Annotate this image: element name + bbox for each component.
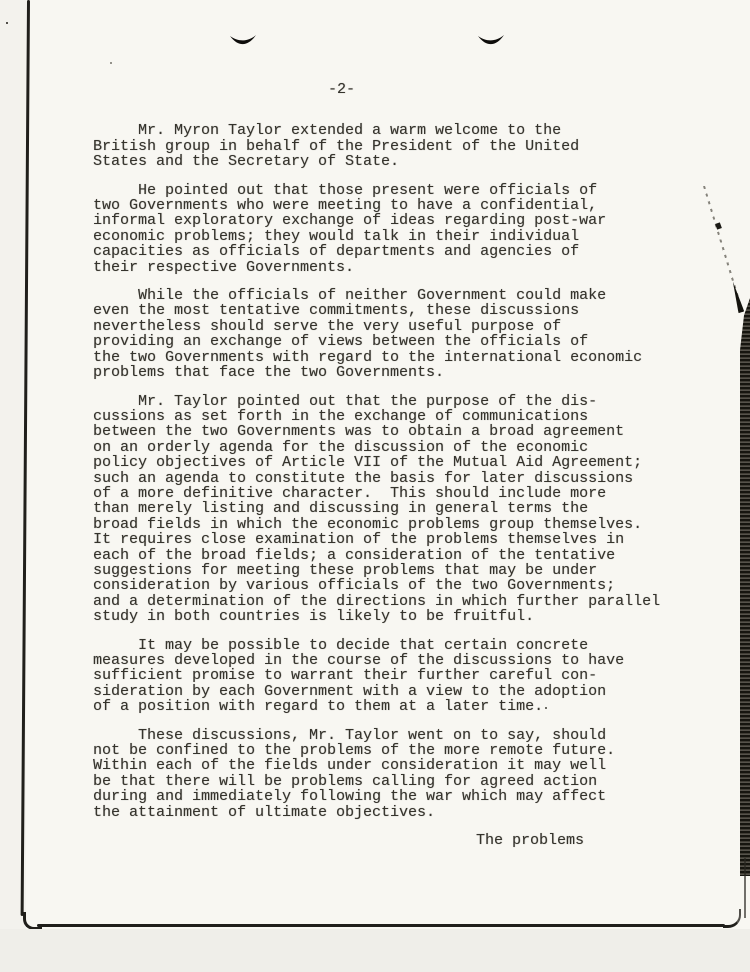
right-edge-line (744, 858, 746, 918)
paragraph-officials: He pointed out that those present were o… (93, 183, 655, 275)
bottom-page-edge (37, 924, 725, 927)
paragraph-commitments: While the officials of neither Governmen… (93, 288, 655, 380)
right-edge-shadow (740, 298, 750, 876)
paragraph-concrete-measures: It may be possible to decide that certai… (93, 638, 655, 715)
paragraph-welcome: Mr. Myron Taylor extended a warm welcome… (93, 123, 655, 169)
bottom-left-corner-edge (23, 912, 42, 930)
paragraph-agenda: Mr. Taylor pointed out that the purpose … (93, 394, 655, 625)
scanned-page: -2- Mr. Myron Taylor extended a warm wel… (0, 0, 750, 929)
scanner-background-band (0, 929, 750, 972)
ink-mark-crescent-left (230, 33, 256, 47)
document-body: -2- Mr. Myron Taylor extended a warm wel… (93, 82, 655, 848)
scan-speckles (0, 0, 2, 2)
ink-mark-crescent-right (478, 33, 504, 47)
page-number: -2- (328, 82, 655, 97)
catchword: The problems (476, 833, 655, 848)
paragraph-remote-future: These discussions, Mr. Taylor went on to… (93, 728, 655, 820)
